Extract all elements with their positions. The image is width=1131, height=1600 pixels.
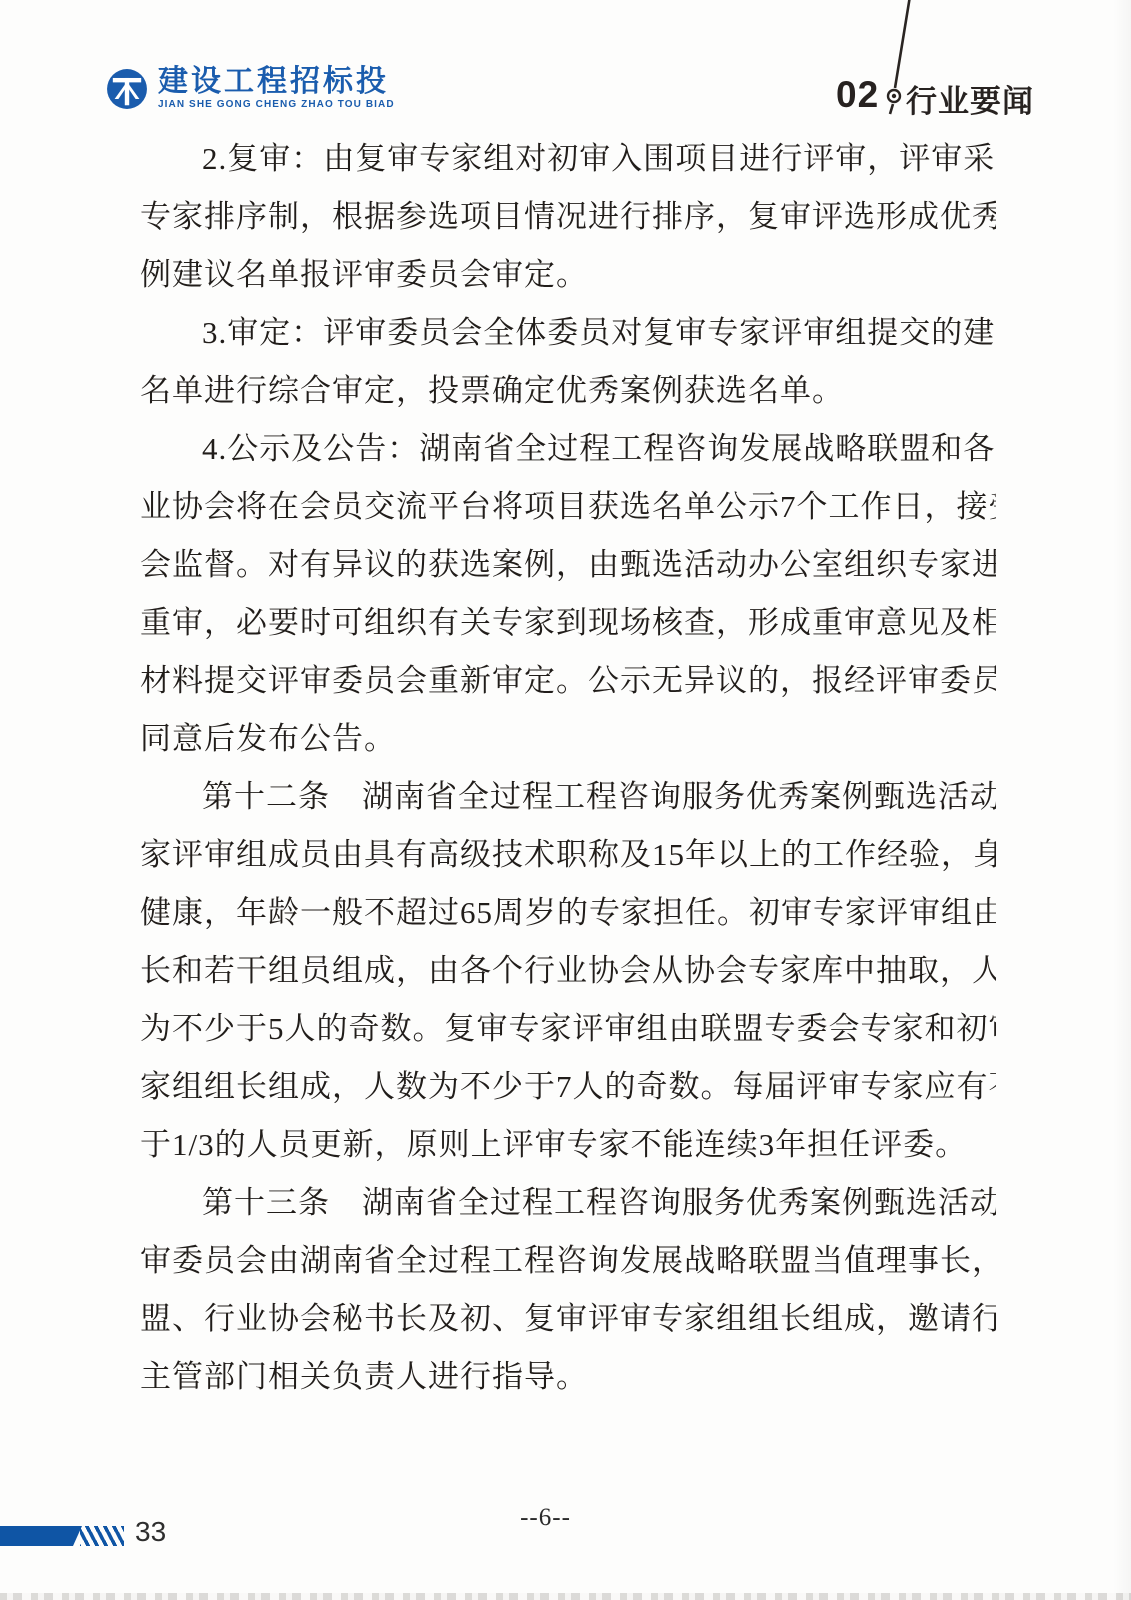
section-header: 02 行业要闻 bbox=[820, 0, 1040, 130]
text-line: 3.审定：评审委员会全体委员对复审专家评审组提交的建议 bbox=[140, 304, 996, 362]
scan-edge bbox=[0, 1593, 1131, 1600]
document-body: 2.复审：由复审专家组对初审入围项目进行评审，评审采取 专家排序制，根据参选项目… bbox=[140, 130, 996, 1406]
logo-text: 建设工程招标投 JIAN SHE GONG CHENG ZHAO TOU BIA… bbox=[158, 66, 395, 110]
text-line: 家评审组成员由具有高级技术职称及15年以上的工作经验，身体 bbox=[140, 826, 996, 884]
text-line: 4.公示及公告：湖南省全过程工程咨询发展战略联盟和各行 bbox=[140, 420, 996, 478]
text-line: 健康，年龄一般不超过65周岁的专家担任。初审专家评审组由组 bbox=[140, 884, 996, 942]
text-line: 例建议名单报评审委员会审定。 bbox=[140, 246, 996, 304]
text-line: 家组组长组成，人数为不少于7人的奇数。每届评审专家应有不少 bbox=[140, 1058, 996, 1116]
text-line: 重审，必要时可组织有关专家到现场核查，形成重审意见及相关 bbox=[140, 594, 996, 652]
center-page-number: --6-- bbox=[0, 1504, 1091, 1532]
text-line: 为不少于5人的奇数。复审专家评审组由联盟专委会专家和初审专 bbox=[140, 1000, 996, 1058]
text-line: 于1/3的人员更新，原则上评审专家不能连续3年担任评委。 bbox=[140, 1116, 996, 1174]
text-line: 审委员会由湖南省全过程工程咨询发展战略联盟当值理事长，联 bbox=[140, 1232, 996, 1290]
text-line: 专家排序制，根据参选项目情况进行排序，复审评选形成优秀案 bbox=[140, 188, 996, 246]
text-line: 长和若干组员组成，由各个行业协会从协会专家库中抽取，人数 bbox=[140, 942, 996, 1000]
text-line: 会监督。对有异议的获选案例，由甄选活动办公室组织专家进行 bbox=[140, 536, 996, 594]
text-line: 同意后发布公告。 bbox=[140, 710, 996, 768]
text-line: 业协会将在会员交流平台将项目获选名单公示7个工作日，接受社 bbox=[140, 478, 996, 536]
logo-subtitle: JIAN SHE GONG CHENG ZHAO TOU BIAD bbox=[158, 100, 395, 110]
scan-shade bbox=[1113, 0, 1131, 1600]
text-line: 第十三条 湖南省全过程工程咨询服务优秀案例甄选活动评 bbox=[140, 1174, 996, 1232]
text-line: 材料提交评审委员会重新审定。公示无异议的，报经评审委员会 bbox=[140, 652, 996, 710]
text-line: 第十二条 湖南省全过程工程咨询服务优秀案例甄选活动专 bbox=[140, 768, 996, 826]
text-line: 主管部门相关负责人进行指导。 bbox=[140, 1348, 996, 1406]
section-title: 行业要闻 bbox=[906, 76, 1034, 121]
text-line: 2.复审：由复审专家组对初审入围项目进行评审，评审采取 bbox=[140, 130, 996, 188]
logo-title: 建设工程招标投 bbox=[158, 66, 395, 98]
document-page: 建设工程招标投 JIAN SHE GONG CHENG ZHAO TOU BIA… bbox=[0, 0, 1131, 1600]
section-number: 02 bbox=[836, 74, 879, 116]
text-line: 盟、行业协会秘书长及初、复审评审专家组组长组成，邀请行业 bbox=[140, 1290, 996, 1348]
brand-logo: 建设工程招标投 JIAN SHE GONG CHENG ZHAO TOU BIA… bbox=[106, 66, 395, 110]
logo-icon bbox=[106, 68, 148, 110]
text-line: 名单进行综合审定，投票确定优秀案例获选名单。 bbox=[140, 362, 996, 420]
